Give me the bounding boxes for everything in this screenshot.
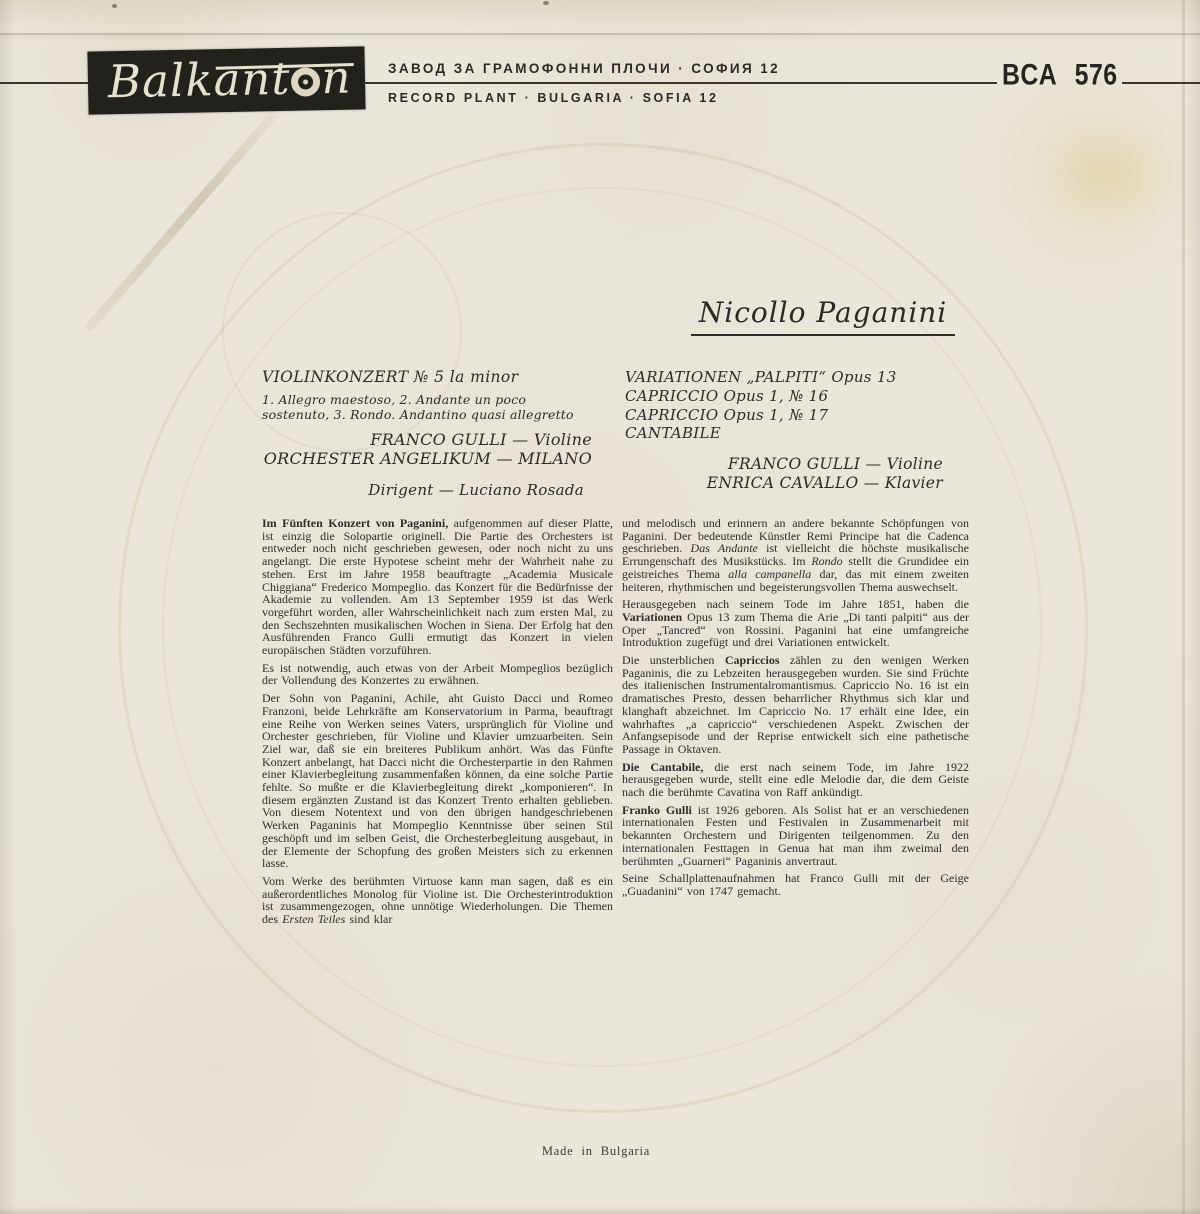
plant-name-bulgarian: ЗАВОД ЗА ГРАМОФОННИ ПЛОЧИ · СОФИЯ 12 xyxy=(388,61,780,76)
composer-title: Nicollo Paganini xyxy=(691,296,956,336)
liner-notes-paragraph: und melodisch und erinnern an andere bek… xyxy=(622,517,969,593)
top-fold-band xyxy=(0,0,1200,34)
plant-name-english: RECORD PLANT · BULGARIA · SOFIA 12 xyxy=(388,91,719,105)
left-edge-shadow xyxy=(0,0,16,1214)
logo-text-pre: Balkant xyxy=(107,52,290,108)
liner-notes-paragraph: Herausgegeben nach seinem Tode im Jahre … xyxy=(622,598,969,649)
work-title-variations: VARIATIONEN „PALPITI“ Opus 13 xyxy=(625,368,955,387)
right-crease-line xyxy=(1182,0,1185,1214)
liner-notes-paragraph: Der Sohn von Paganini, Achile, aht Guist… xyxy=(262,692,613,870)
liner-notes-paragraph: Seine Schallplattenaufnahmen hat Franco … xyxy=(622,872,969,897)
record-disc-icon xyxy=(291,67,321,97)
logo-wordmark: Balkantn xyxy=(107,49,352,112)
works-list: VARIATIONEN „PALPITI“ Opus 13 CAPRICCIO … xyxy=(625,368,955,443)
catalog-number: BCA 576 xyxy=(1002,59,1118,92)
work-title-concerto: VIOLINKONZERT № 5 la minor xyxy=(262,368,592,386)
liner-notes-paragraph: Es ist notwendig, auch etwas von der Arb… xyxy=(262,662,613,687)
program-side-a: VIOLINKONZERT № 5 la minor 1. Allegro ma… xyxy=(262,368,592,499)
header-rule-right xyxy=(1122,82,1200,84)
bottom-edge-shadow xyxy=(0,1206,1200,1214)
work-title-cantabile: CANTABILE xyxy=(625,424,955,443)
composer-title-wrap: Nicollo Paganini xyxy=(663,296,983,336)
balkanton-logo: Balkantn xyxy=(87,46,365,114)
paper-speck xyxy=(543,1,549,5)
logo-text-post: n xyxy=(321,51,352,105)
yellow-stain xyxy=(1030,110,1190,240)
performers-side-b: FRANCO GULLI — Violine ENRICA CAVALLO — … xyxy=(625,455,955,492)
performer-violin: FRANCO GULLI — Violine xyxy=(625,455,943,474)
right-edge-shadow xyxy=(1186,0,1200,1214)
liner-notes-right-column: und melodisch und erinnern an andere bek… xyxy=(622,517,969,903)
conductor-credit: Dirigent — Luciano Rosada xyxy=(262,481,592,499)
performers-side-a: FRANCO GULLI — Violine ORCHESTER ANGELIK… xyxy=(262,431,592,468)
header-rule-left xyxy=(0,82,90,84)
made-in-label: Made in Bulgaria xyxy=(0,1144,1192,1159)
liner-notes-paragraph: Die unsterblichen Capriccios zählen zu d… xyxy=(622,654,969,756)
diagonal-scuff-mark xyxy=(84,108,281,333)
header-rule-middle xyxy=(363,82,997,84)
liner-notes-paragraph: Vom Werke des berühmten Virtuose kann ma… xyxy=(262,875,613,926)
work-title-capriccio-16: CAPRICCIO Opus 1, № 16 xyxy=(625,387,955,406)
work-title-capriccio-17: CAPRICCIO Opus 1, № 17 xyxy=(625,406,955,425)
program-side-b: VARIATIONEN „PALPITI“ Opus 13 CAPRICCIO … xyxy=(625,368,955,492)
liner-notes-paragraph: Franko Gulli ist 1926 geboren. Als Solis… xyxy=(622,804,969,868)
performer-violin: FRANCO GULLI — Violine xyxy=(262,431,592,450)
liner-notes-paragraph: Im Fünften Konzert von Paganini, aufgeno… xyxy=(262,517,613,657)
movement-list: 1. Allegro maestoso, 2. Andante un poco … xyxy=(262,393,596,422)
record-sleeve-back: Balkantn ЗАВОД ЗА ГРАМОФОННИ ПЛОЧИ · СОФ… xyxy=(0,0,1200,1214)
paper-speck xyxy=(112,4,117,8)
top-crease-line xyxy=(0,33,1200,35)
performer-piano: ENRICA CAVALLO — Klavier xyxy=(625,474,943,493)
performer-orchestra: ORCHESTER ANGELIKUM — MILANO xyxy=(262,450,592,469)
liner-notes-paragraph: Die Cantabile, die erst nach seinem Tode… xyxy=(622,761,969,799)
liner-notes-left-column: Im Fünften Konzert von Paganini, aufgeno… xyxy=(262,517,613,931)
